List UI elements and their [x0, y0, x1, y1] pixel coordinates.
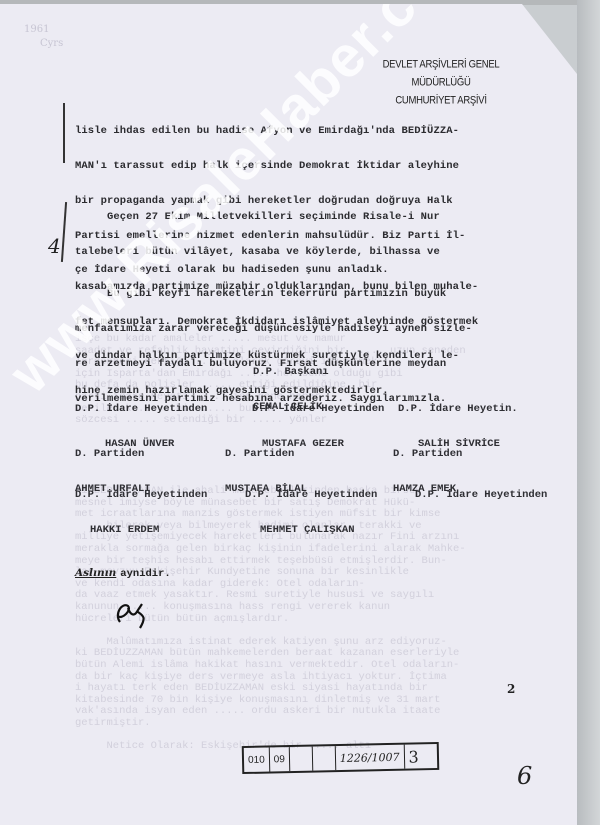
page-number-handwritten: 6 [517, 762, 532, 790]
margin-number-handwritten: 4 [48, 234, 61, 258]
stamp-cell-blank-2 [313, 746, 336, 770]
scan-right-edge [577, 0, 600, 825]
margin-bracket-line [63, 103, 65, 163]
stamp-cell-sequence: 3 [404, 744, 423, 768]
corner-mark-initials: Cyrs [40, 38, 63, 49]
margin-bracket-line-2 [61, 202, 67, 262]
margin-mark-right: 2 [507, 682, 515, 696]
handwritten-signature-icon [108, 594, 158, 634]
certification-line: Aslınınaynidir. [75, 567, 171, 580]
stamp-cell-fond: 010 [244, 747, 270, 772]
archive-header-line1: DEVLET ARŞİVLERİ GENEL MÜDÜRLÜĞÜ [356, 56, 526, 92]
signature-row3-col1: D.P. İdare Heyetinden HAKKI ERDEM [75, 467, 207, 559]
stamp-cell-file-number: 1226/1007 [336, 745, 405, 770]
stamp-cell-blank [290, 747, 313, 771]
corner-mark-year: 1961 [24, 24, 49, 35]
certification-handwritten: Aslının [75, 567, 116, 579]
signature-row3-col2: D.P. İdare Heyetinden MEHMET ÇALIŞKAN [245, 467, 377, 559]
document-page: 1961 Cyrs isçe bu kadar amaleler ..... m… [0, 4, 577, 825]
archive-reference-stamp: 010 09 1226/1007 3 [242, 742, 440, 774]
certification-text: aynidir. [120, 568, 170, 580]
stamp-cell-code: 09 [269, 747, 290, 771]
signature-row3-col3: D.P. İdare Heyetinden [415, 467, 547, 525]
archive-header-stamp: DEVLET ARŞİVLERİ GENEL MÜDÜRLÜĞÜ CUMHURİ… [356, 56, 526, 110]
